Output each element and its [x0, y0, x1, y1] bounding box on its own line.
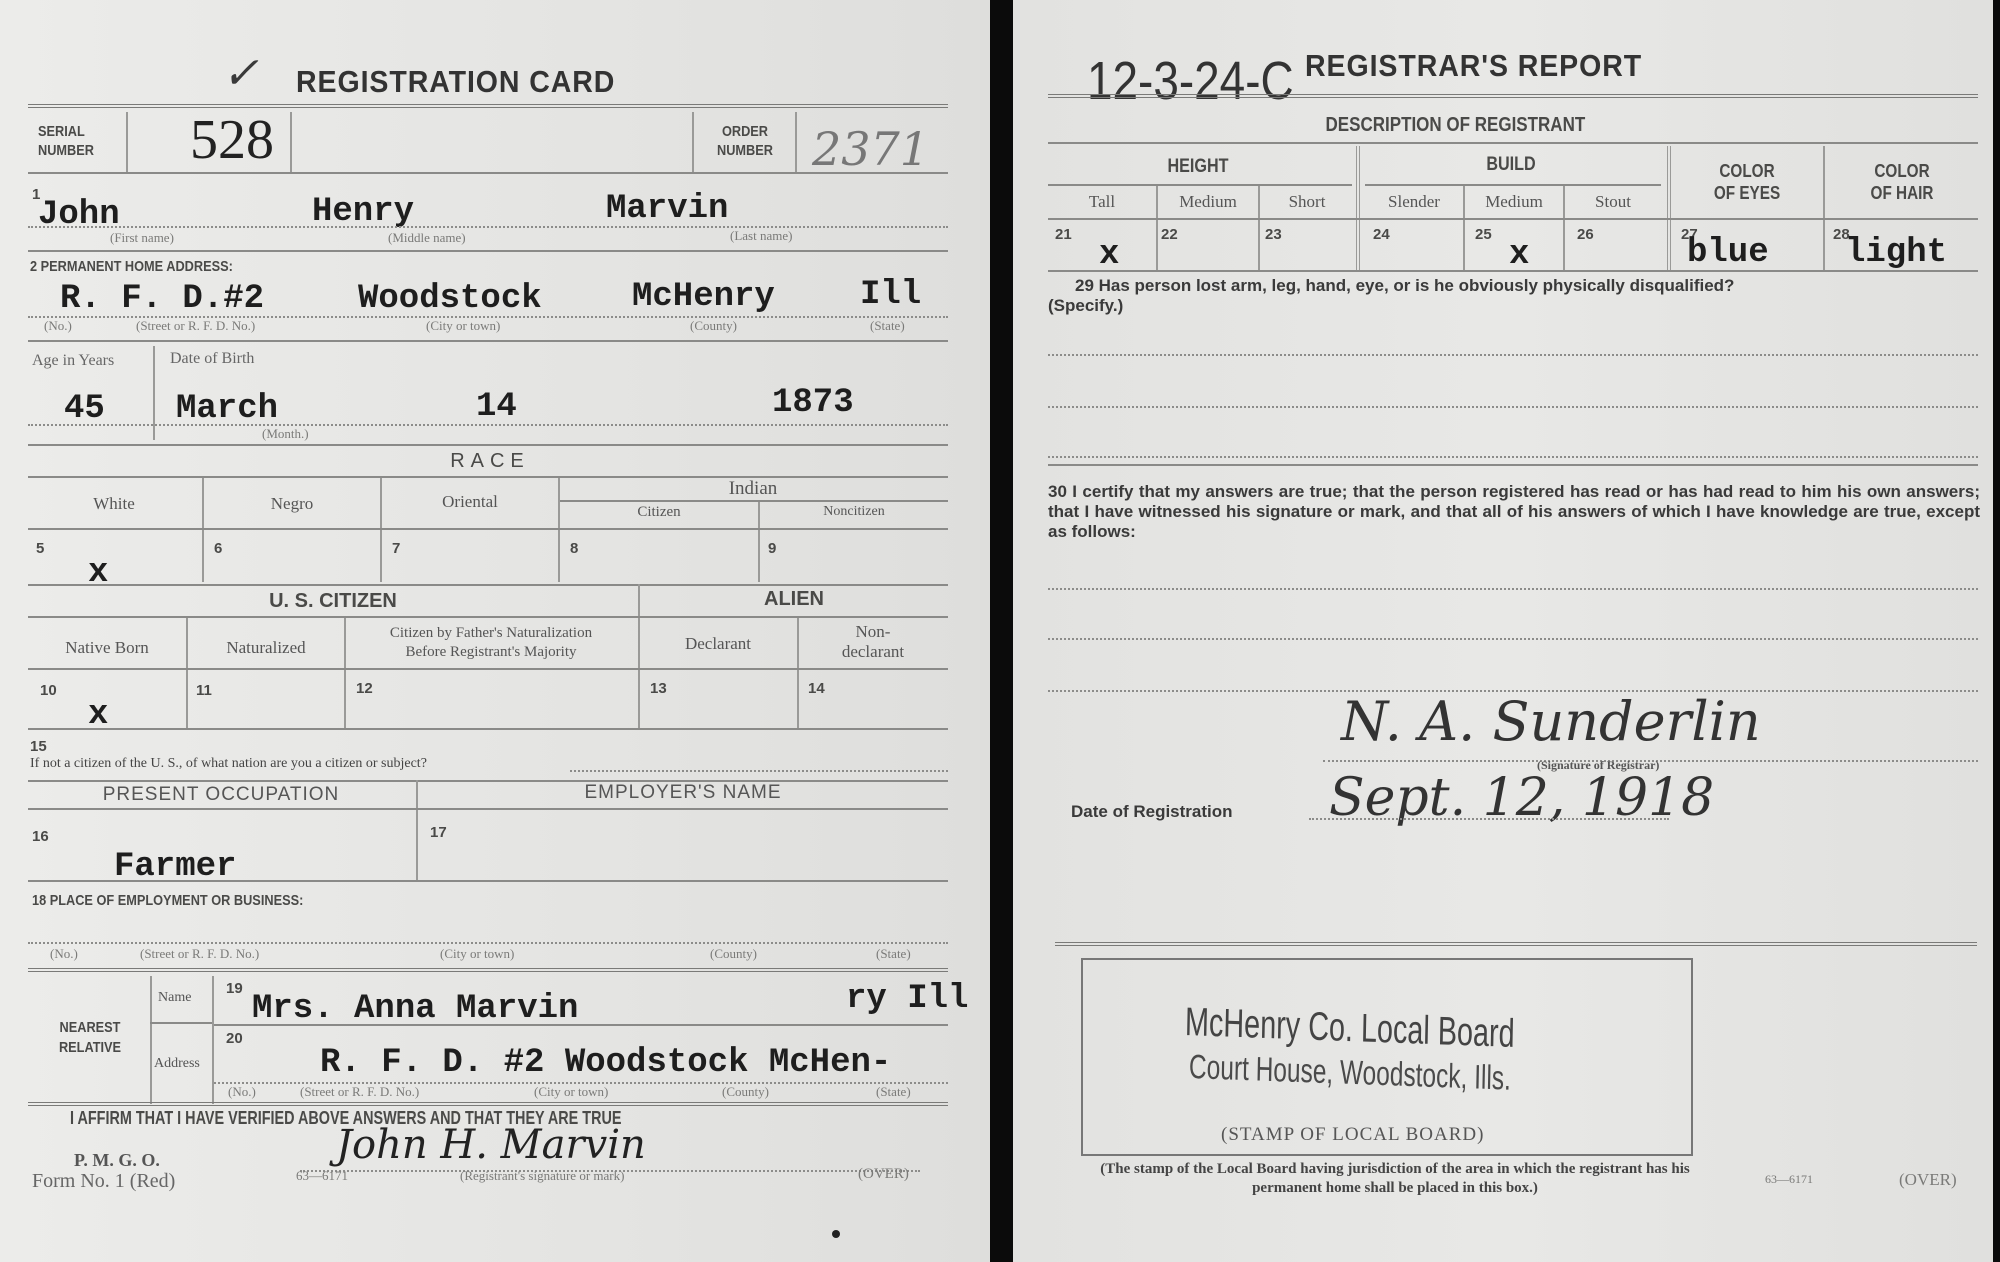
field15-question: If not a citizen of the U. S., of what n… — [30, 756, 427, 772]
home-city: Woodstock — [358, 280, 542, 318]
home-street: R. F. D.#2 — [60, 280, 264, 318]
alien-header: ALIEN — [640, 588, 948, 611]
eye-color-header: COLOROF EYES — [1684, 160, 1810, 204]
date-of-registration-label: Date of Registration — [1071, 802, 1233, 822]
description-header: DESCRIPTION OF REGISTRANT — [1326, 114, 1581, 137]
handwritten-code: 12-3-24-C — [1087, 50, 1294, 112]
checkmark-icon: ✓ — [222, 48, 259, 99]
relative-address: R. F. D. #2 Woodstock McHen- — [320, 1044, 891, 1082]
dob-month: March — [176, 390, 278, 428]
report-title: REGISTRAR'S REPORT — [1305, 48, 1642, 84]
serial-number-label: SERIALNUMBER — [38, 122, 94, 160]
order-number: 2371 — [812, 122, 929, 176]
age: 45 — [64, 390, 105, 428]
dob-day: 14 — [476, 388, 517, 426]
home-state: Ill — [860, 276, 921, 314]
form-number: Form No. 1 (Red) — [32, 1170, 175, 1193]
registration-card: ✓ REGISTRATION CARD SERIALNUMBER 528 ORD… — [0, 0, 990, 1262]
registrar-signature: N. A. Sunderlin — [1341, 690, 1761, 753]
divider — [28, 104, 948, 108]
stamp-label: (STAMP OF LOCAL BOARD) — [1221, 1124, 1484, 1146]
occupation-header: PRESENT OCCUPATION — [28, 784, 414, 806]
us-citizen-header: U. S. CITIZEN — [28, 590, 638, 613]
last-name: Marvin — [606, 190, 728, 228]
serial-number: 528 — [190, 108, 274, 172]
registrant-signature: John H. Marvin — [336, 1122, 646, 1168]
home-address-label: 2 PERMANENT HOME ADDRESS: — [30, 258, 233, 275]
registrars-report-card: 12-3-24-C REGISTRAR'S REPORT DESCRIPTION… — [1013, 0, 1993, 1262]
pmgo-label: P. M. G. O. — [74, 1150, 160, 1171]
stamp-note: (The stamp of the Local Board having jur… — [1075, 1160, 1715, 1198]
place-of-employment-label: 18 PLACE OF EMPLOYMENT OR BUSINESS: — [32, 892, 303, 909]
card-title: REGISTRATION CARD — [296, 64, 615, 100]
nearest-relative-label: NEARESTRELATIVE — [39, 1018, 141, 1058]
certification-text: 30 I certify that my answers are true; t… — [1048, 482, 1980, 542]
eye-color-value: blue — [1687, 234, 1769, 272]
field29-question: 29 Has person lost arm, leg, hand, eye, … — [1075, 276, 1975, 296]
hair-color-header: COLOROF HAIR — [1838, 160, 1966, 204]
relative-address-overflow: ry Ill — [846, 980, 968, 1018]
relative-name: Mrs. Anna Marvin — [252, 990, 578, 1028]
race-white-mark: x — [88, 554, 108, 592]
first-name: John — [38, 196, 120, 234]
height-tall-mark: x — [1099, 236, 1119, 274]
race-header: RACE — [400, 450, 580, 473]
order-number-label: ORDERNUMBER — [705, 122, 785, 160]
dob-year: 1873 — [772, 384, 854, 422]
home-county: McHenry — [632, 278, 775, 316]
height-header: HEIGHT — [1071, 156, 1326, 178]
hair-color-value: light — [1845, 234, 1947, 272]
build-header: BUILD — [1384, 154, 1639, 176]
employer-header: EMPLOYER'S NAME — [418, 782, 948, 804]
build-medium-mark: x — [1509, 236, 1529, 274]
